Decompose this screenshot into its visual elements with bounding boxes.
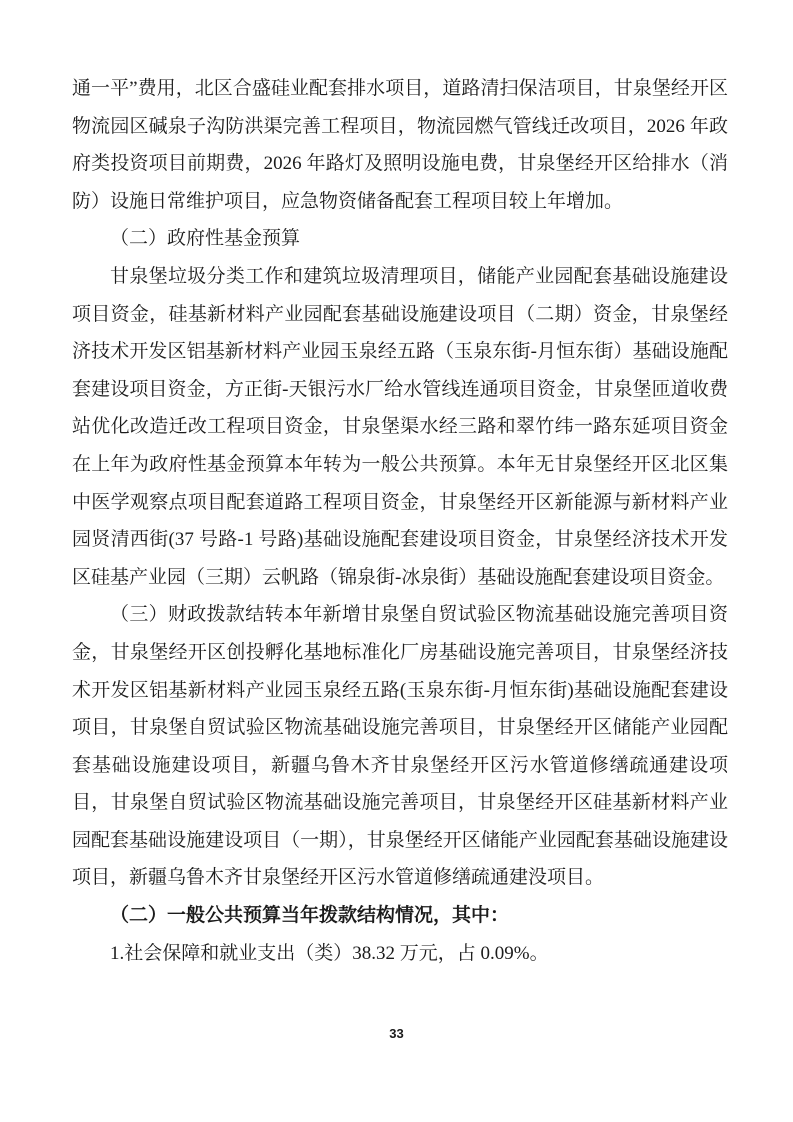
document-body: 通一平”费用，北区合盛硅业配套排水项目，道路清扫保洁项目，甘泉堡经开区物流园区碱… xyxy=(72,70,728,972)
heading-general-budget-allocation-structure: （二）一般公共预算当年拨款结构情况，其中： xyxy=(72,897,728,935)
paragraph-government-fund-projects: 甘泉堡垃圾分类工作和建筑垃圾清理项目，储能产业园配套基础设施建设项目资金，硅基新… xyxy=(72,258,728,596)
paragraph-fiscal-carryover-projects: （三）财政拨款结转本年新增甘泉堡自贸试验区物流基础设施完善项目资金，甘泉堡经开区… xyxy=(72,596,728,897)
list-item-social-security-expenditure: 1.社会保障和就业支出（类）38.32 万元，占 0.09%。 xyxy=(72,935,728,973)
page-number: 33 xyxy=(0,1026,793,1041)
paragraph-carryover-from-previous-page: 通一平”费用，北区合盛硅业配套排水项目，道路清扫保洁项目，甘泉堡经开区物流园区碱… xyxy=(72,70,728,220)
heading-government-fund-budget: （二）政府性基金预算 xyxy=(72,220,728,258)
document-page: 通一平”费用，北区合盛硅业配套排水项目，道路清扫保洁项目，甘泉堡经开区物流园区碱… xyxy=(0,0,793,1122)
